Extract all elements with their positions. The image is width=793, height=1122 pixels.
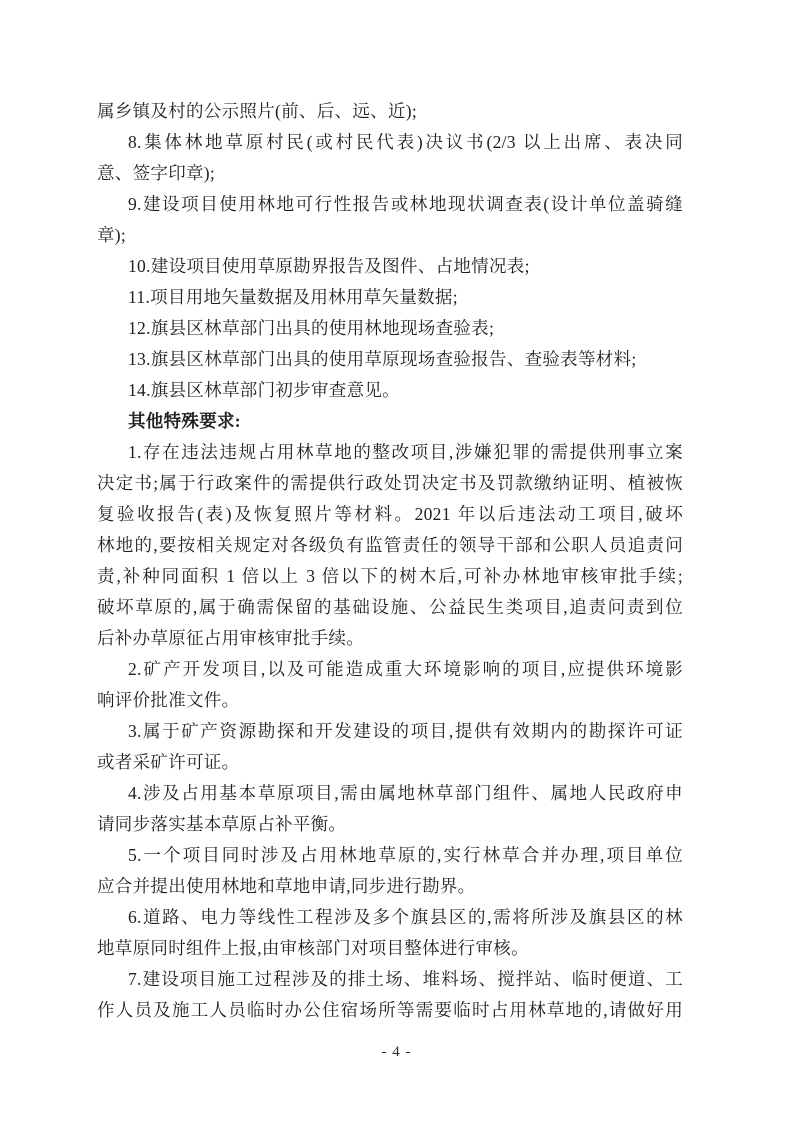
text-line: 属乡镇及村的公示照片(前、后、远、近); [97, 96, 683, 127]
text-line: 地草原同时组件上报,由审核部门对项目整体进行审核。 [97, 933, 683, 964]
text-line: 8.集体林地草原村民(或村民代表)决议书(2/3 以上出席、表决同 [97, 127, 683, 158]
text-line: 6.道路、电力等线性工程涉及多个旗县区的,需将所涉及旗县区的林 [97, 902, 683, 933]
text-line: 破坏草原的,属于确需保留的基础设施、公益民生类项目,追责问责到位 [97, 592, 683, 623]
text-line: 作人员及施工人员临时办公住宿场所等需要临时占用林草地的,请做好用 [97, 995, 683, 1026]
text-line: 12.旗县区林草部门出具的使用林地现场查验表; [97, 313, 683, 344]
text-line: 1.存在违法违规占用林草地的整改项目,涉嫌犯罪的需提供刑事立案 [97, 437, 683, 468]
text-line: 后补办草原征占用审核审批手续。 [97, 623, 683, 654]
text-line: 责,补种同面积 1 倍以上 3 倍以下的树木后,可补办林地审核审批手续; [97, 561, 683, 592]
text-line: 复验收报告(表)及恢复照片等材料。2021 年以后违法动工项目,破坏 [97, 499, 683, 530]
text-line: 决定书;属于行政案件的需提供行政处罚决定书及罚款缴纳证明、植被恢 [97, 468, 683, 499]
text-line: 7.建设项目施工过程涉及的排土场、堆料场、搅拌站、临时便道、工 [97, 964, 683, 995]
page-footer: - 4 - [0, 1042, 793, 1062]
text-line: 请同步落实基本草原占补平衡。 [97, 809, 683, 840]
document-page: 属乡镇及村的公示照片(前、后、远、近);8.集体林地草原村民(或村民代表)决议书… [0, 0, 793, 1122]
text-line: 9.建设项目使用林地可行性报告或林地现状调查表(设计单位盖骑缝 [97, 189, 683, 220]
text-line: 3.属于矿产资源勘探和开发建设的项目,提供有效期内的勘探许可证 [97, 716, 683, 747]
text-line: 11.项目用地矢量数据及用林用草矢量数据; [97, 282, 683, 313]
text-line: 响评价批准文件。 [97, 685, 683, 716]
text-line: 10.建设项目使用草原勘界报告及图件、占地情况表; [97, 251, 683, 282]
text-line: 意、签字印章); [97, 158, 683, 189]
text-line: 2.矿产开发项目,以及可能造成重大环境影响的项目,应提供环境影 [97, 654, 683, 685]
text-line: 14.旗县区林草部门初步审查意见。 [97, 375, 683, 406]
text-line: 5.一个项目同时涉及占用林地草原的,实行林草合并办理,项目单位 [97, 840, 683, 871]
text-line: 应合并提出使用林地和草地申请,同步进行勘界。 [97, 871, 683, 902]
text-line: 林地的,要按相关规定对各级负有监管责任的领导干部和公职人员追责问 [97, 530, 683, 561]
text-line: 章); [97, 220, 683, 251]
text-line: 13.旗县区林草部门出具的使用草原现场查验报告、查验表等材料; [97, 344, 683, 375]
text-line: 或者采矿许可证。 [97, 747, 683, 778]
section-heading: 其他特殊要求: [97, 406, 683, 437]
page-number: - 4 - [382, 1044, 412, 1060]
document-body: 属乡镇及村的公示照片(前、后、远、近);8.集体林地草原村民(或村民代表)决议书… [97, 96, 683, 1026]
text-line: 4.涉及占用基本草原项目,需由属地林草部门组件、属地人民政府申 [97, 778, 683, 809]
